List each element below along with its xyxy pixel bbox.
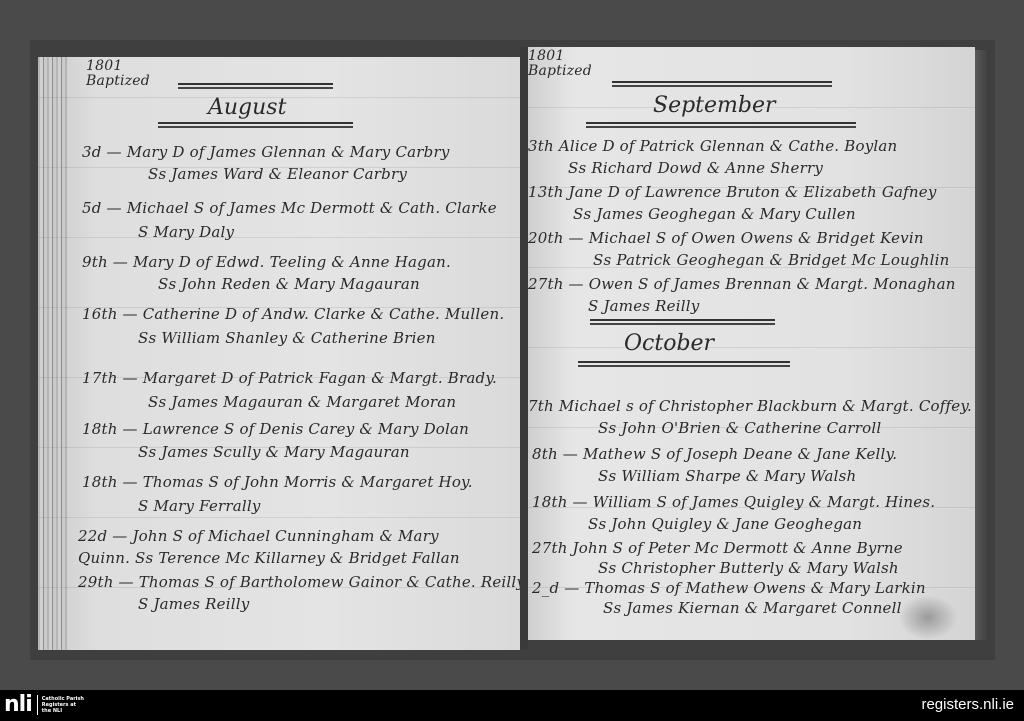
month-heading-october: October	[624, 331, 714, 356]
left-page: 1801Baptized August 3d — Mary D of James…	[38, 57, 520, 650]
entry-sponsors: Ss Christopher Butterly & Mary Walsh	[598, 559, 899, 577]
entry-sponsors: S Mary Daly	[138, 223, 234, 241]
ink-stain	[898, 595, 958, 640]
book-binding	[38, 57, 68, 650]
header-rule-top	[178, 83, 333, 89]
entry-sponsors: Ss James Magauran & Margaret Moran	[148, 393, 456, 411]
entry: 9th — Mary D of Edwd. Teeling & Anne Hag…	[82, 253, 451, 271]
year-label: 1801Baptized	[528, 49, 592, 79]
header-rule-top	[612, 81, 832, 87]
entry-sponsors: Ss John Reden & Mary Magauran	[158, 275, 420, 293]
entry-sponsors: S James Reilly	[588, 297, 699, 315]
entry-sponsors: S Mary Ferrally	[138, 497, 261, 515]
image-viewer[interactable]: 1801Baptized August 3d — Mary D of James…	[0, 0, 1024, 690]
entry-sponsors: Ss John O'Brien & Catherine Carroll	[598, 419, 881, 437]
entry: 13th Jane D of Lawrence Bruton & Elizabe…	[528, 183, 937, 201]
entry: 7th Michael s of Christopher Blackburn &…	[528, 397, 972, 415]
entry: 18th — William S of James Quigley & Marg…	[532, 493, 935, 511]
nli-logo-mark: nli	[4, 694, 32, 716]
entry-sponsors: Ss Patrick Geoghegan & Bridget Mc Loughl…	[593, 251, 949, 269]
entry: 3th Alice D of Patrick Glennan & Cathe. …	[528, 137, 897, 155]
month-heading-august: August	[208, 95, 286, 120]
nli-logo[interactable]: nli Catholic Parish Registers at the NLI	[4, 694, 84, 716]
header-rule-bottom	[586, 122, 856, 128]
header-rule-bottom	[158, 122, 353, 128]
entry: 18th — Lawrence S of Denis Carey & Mary …	[82, 420, 469, 438]
entry: 3d — Mary D of James Glennan & Mary Carb…	[82, 143, 450, 161]
entry-sponsors: Ss Richard Dowd & Anne Sherry	[568, 159, 823, 177]
entry: 18th — Thomas S of John Morris & Margare…	[82, 473, 473, 491]
site-url-link[interactable]: registers.nli.ie	[921, 696, 1014, 713]
entry-sponsors: S James Reilly	[138, 595, 249, 613]
entry: 22d — John S of Michael Cunningham & Mar…	[78, 527, 439, 545]
entry: 2_d — Thomas S of Mathew Owens & Mary La…	[532, 579, 926, 597]
entry: 16th — Catherine D of Andw. Clarke & Cat…	[82, 305, 504, 323]
entry-sponsors: Quinn. Ss Terence Mc Killarney & Bridget…	[78, 549, 460, 567]
header-rule-top	[590, 319, 775, 325]
entry: 27th — Owen S of James Brennan & Margt. …	[528, 275, 956, 293]
logo-divider	[37, 695, 38, 715]
footer-bar: nli Catholic Parish Registers at the NLI…	[0, 690, 1024, 721]
entry: 20th — Michael S of Owen Owens & Bridget…	[528, 229, 924, 247]
entry: 29th — Thomas S of Bartholomew Gainor & …	[78, 573, 520, 591]
entry: 8th — Mathew S of Joseph Deane & Jane Ke…	[532, 445, 897, 463]
entry-sponsors: Ss James Kiernan & Margaret Connell	[603, 599, 902, 617]
entry-sponsors: Ss James Geoghegan & Mary Cullen	[573, 205, 856, 223]
book-gutter	[520, 47, 528, 650]
entry-sponsors: Ss William Sharpe & Mary Walsh	[598, 467, 856, 485]
right-page: 1801Baptized September 3th Alice D of Pa…	[528, 47, 975, 640]
year-label: 1801Baptized	[86, 59, 150, 89]
entry: 17th — Margaret D of Patrick Fagan & Mar…	[82, 369, 497, 387]
entry: 27th John S of Peter Mc Dermott & Anne B…	[532, 539, 903, 557]
header-rule-bottom	[578, 361, 790, 367]
entry-sponsors: Ss James Ward & Eleanor Carbry	[148, 165, 407, 183]
entry-sponsors: Ss William Shanley & Catherine Brien	[138, 329, 436, 347]
month-heading-september: September	[653, 93, 776, 118]
book-edge	[975, 50, 989, 640]
entry: 5d — Michael S of James Mc Dermott & Cat…	[82, 199, 497, 217]
logo-text: Catholic Parish Registers at the NLI	[42, 696, 84, 714]
entry-sponsors: Ss John Quigley & Jane Geoghegan	[588, 515, 862, 533]
entry-sponsors: Ss James Scully & Mary Magauran	[138, 443, 410, 461]
